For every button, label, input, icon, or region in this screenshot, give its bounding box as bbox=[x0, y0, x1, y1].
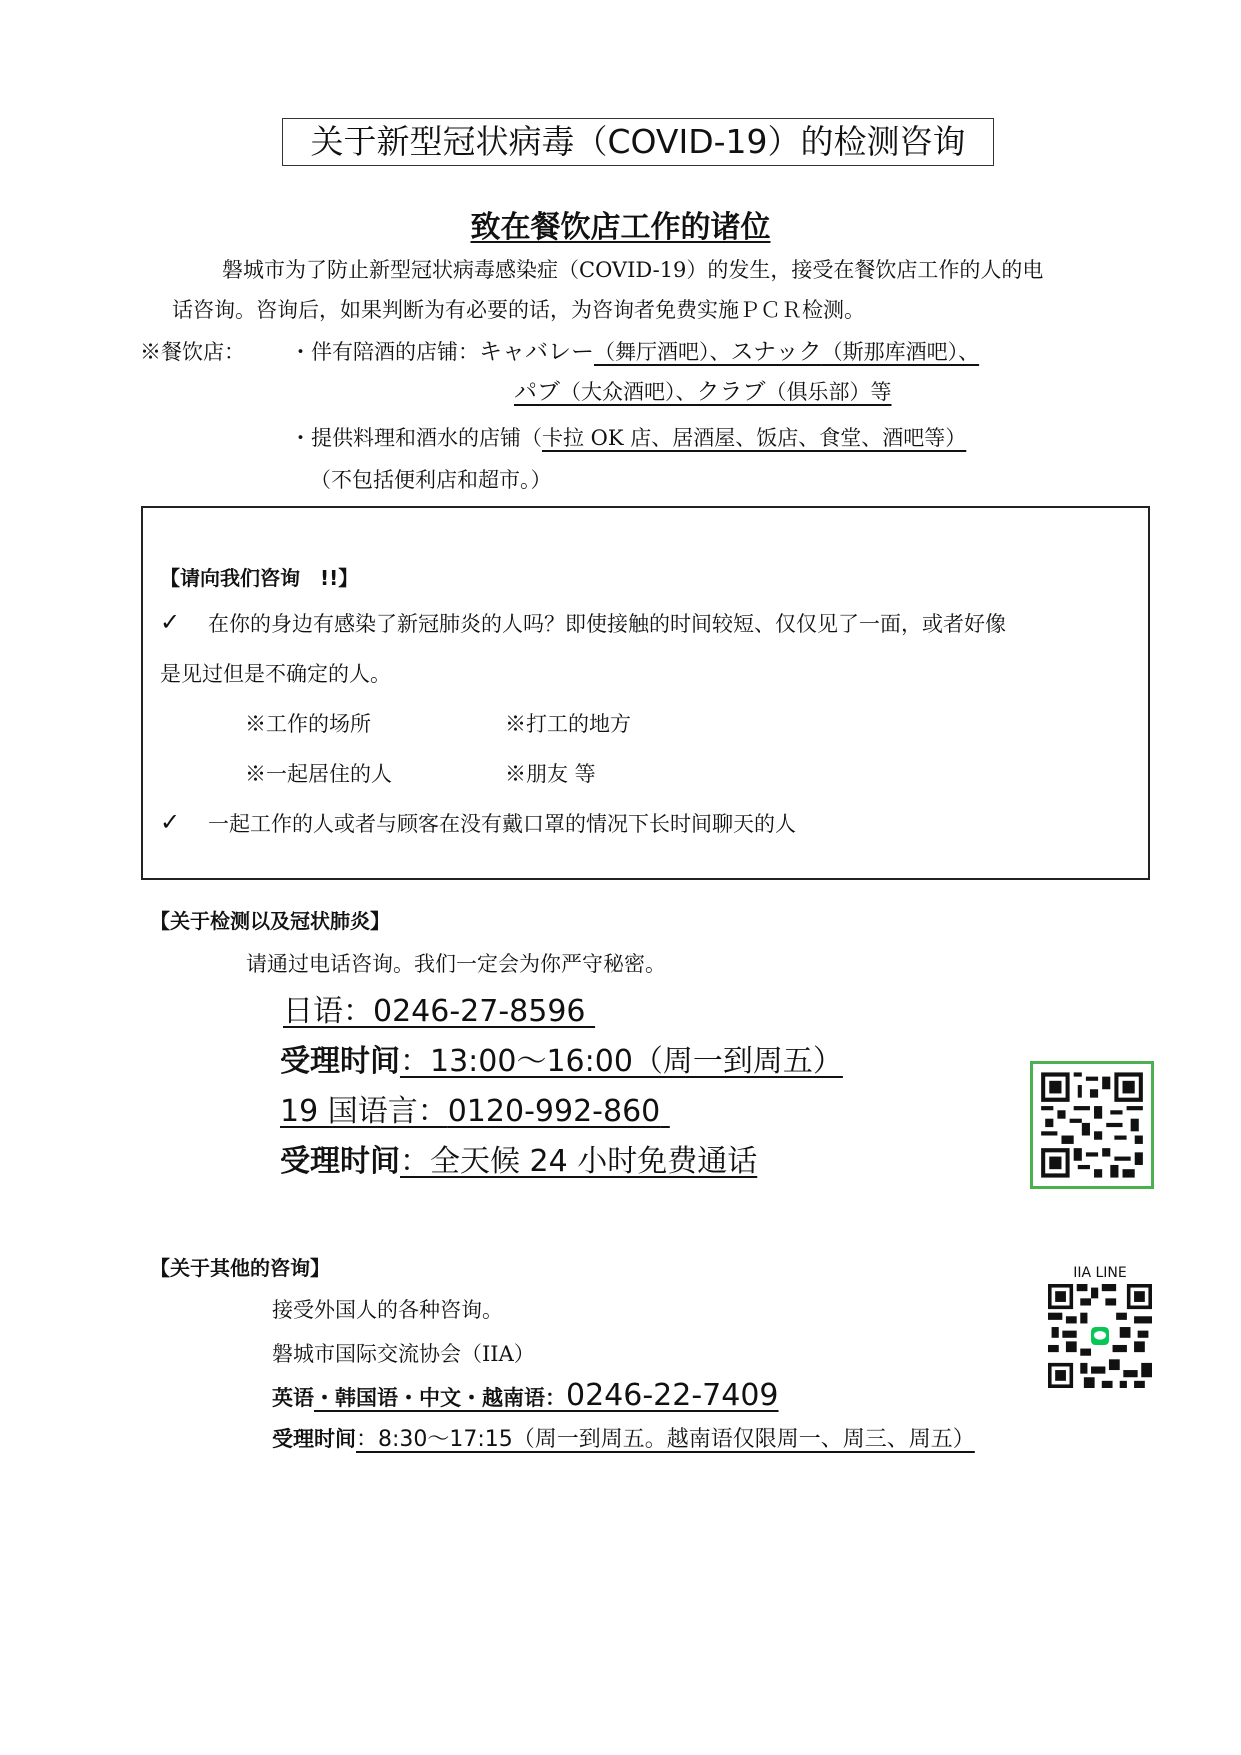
restaurant-type-1-part-3: （大众酒吧）、 bbox=[560, 380, 697, 404]
iia-lang-label-a: 英语 bbox=[272, 1386, 314, 1410]
iia-phone[interactable]: 0246-22-7409 bbox=[566, 1378, 779, 1413]
hours-2-label: 受理时间 bbox=[280, 1144, 400, 1179]
consultation-qr-code[interactable] bbox=[1030, 1061, 1154, 1189]
consult-item-1-line-2: 是见过但是不确定的人。 bbox=[160, 660, 391, 688]
consult-item-1-line-1: 在你的身边有感染了新冠肺炎的人吗？即使接触的时间较短、仅仅见了一面，或者好像 bbox=[208, 610, 1006, 638]
restaurant-type-1-prefix: ・伴有陪酒的店铺： bbox=[290, 340, 479, 364]
restaurant-type-1-part-1: （舞厅酒吧）、 bbox=[594, 340, 731, 364]
multilingual-phone-line: 19 国语言：0120-992-860 bbox=[280, 1092, 670, 1132]
other-line-1: 接受外国人的各种咨询。 bbox=[272, 1296, 503, 1324]
restaurant-type-1-line-2: パブ（大众酒吧）、クラブ（俱乐部）等 bbox=[514, 378, 892, 406]
restaurant-type-2-prefix: ・提供料理和酒水的店铺（ bbox=[290, 426, 542, 450]
iia-line-qr-code[interactable] bbox=[1048, 1284, 1152, 1388]
iia-lang-label-b: ・韩国语・中文・越南语： bbox=[314, 1386, 566, 1410]
restaurant-type-1-part-4: （俱乐部）等 bbox=[766, 380, 892, 404]
other-section-heading: 【关于其他的咨询】 bbox=[150, 1252, 330, 1281]
testing-note: 请通过电话咨询。我们一定会为你严守秘密。 bbox=[246, 950, 666, 978]
place-friends: ※朋友 等 bbox=[505, 760, 596, 788]
subtitle-text: 致在餐饮店工作的诸位 bbox=[471, 210, 771, 245]
iia-hours-label: 受理时间 bbox=[272, 1427, 356, 1451]
iia-phone-line: 英语・韩国语・中文・越南语：0246-22-7409 bbox=[272, 1378, 779, 1413]
restaurant-type-2-examples: 卡拉 OK 店、居酒屋、饭店、食堂、酒吧等） bbox=[542, 426, 966, 450]
hours-1-label: 受理时间 bbox=[280, 1044, 400, 1079]
testing-section-heading: 【关于检测以及冠状肺炎】 bbox=[150, 905, 390, 934]
iia-hours-line: 受理时间：8:30～17:15（周一到周五。越南语仅限周一、周三、周五） bbox=[272, 1422, 975, 1453]
restaurant-type-2: ・提供料理和酒水的店铺（卡拉 OK 店、居酒屋、饭店、食堂、酒吧等） bbox=[290, 424, 966, 452]
intro-line-1: 磐城市为了防止新型冠状病毒感染症（COVID-19）的发生，接受在餐饮店工作的人… bbox=[222, 256, 1043, 284]
hours-line-2: 受理时间：全天候 24 小时免费通话 bbox=[280, 1142, 757, 1182]
japanese-label: 日语： bbox=[283, 994, 373, 1029]
kana-club: クラブ bbox=[697, 379, 766, 405]
qr-code-icon bbox=[1033, 1064, 1151, 1186]
multilingual-phone[interactable]: 0120-992-860 bbox=[448, 1094, 661, 1129]
qr-code-icon bbox=[1048, 1284, 1152, 1388]
check-icon: ✓ bbox=[160, 808, 180, 836]
document-title: 关于新型冠状病毒（COVID-19）的检测咨询 bbox=[282, 118, 994, 166]
restaurant-exclusion-note: （不包括便利店和超市。） bbox=[310, 466, 552, 494]
multilingual-label: 19 国语言： bbox=[280, 1094, 448, 1129]
other-line-2: 磐城市国际交流协会（IIA） bbox=[272, 1340, 535, 1368]
iia-hours-value: ：8:30～17:15（周一到周五。越南语仅限周一、周三、周五） bbox=[356, 1427, 975, 1452]
kana-pub: パブ bbox=[514, 379, 560, 405]
kana-cabaret: キャバレー bbox=[479, 339, 594, 365]
hours-2-value: ：全天候 24 小时免费通话 bbox=[400, 1144, 757, 1179]
consult-item-2: 一起工作的人或者与顾客在没有戴口罩的情况下长时间聊天的人 bbox=[208, 810, 796, 838]
japanese-phone-line: 日语：0246-27-8596 bbox=[283, 992, 595, 1032]
document-subtitle: 致在餐饮店工作的诸位 bbox=[0, 208, 1241, 248]
iia-line-qr-label: IIA LINE bbox=[1048, 1265, 1152, 1281]
place-parttime-job: ※打工的地方 bbox=[505, 710, 631, 738]
consult-box-heading: 【请向我们咨询 !!】 bbox=[160, 562, 358, 591]
intro-line-2: 话咨询。咨询后，如果判断为有必要的话，为咨询者免费实施ＰＣＲ检测。 bbox=[172, 296, 865, 324]
restaurant-type-1-part-2: （斯那库酒吧）、 bbox=[822, 340, 980, 364]
place-workplace: ※工作的场所 bbox=[245, 710, 371, 738]
restaurants-label: ※餐饮店： bbox=[140, 338, 245, 366]
kana-snack: スナック bbox=[731, 339, 822, 365]
restaurant-type-1-line-1: ・伴有陪酒的店铺：キャバレー（舞厅酒吧）、スナック（斯那库酒吧）、 bbox=[290, 338, 979, 366]
hours-line-1: 受理时间：13:00～16:00（周一到周五） bbox=[280, 1042, 843, 1082]
check-icon: ✓ bbox=[160, 608, 180, 636]
place-housemates: ※一起居住的人 bbox=[245, 760, 392, 788]
hours-1-value: ：13:00～16:00（周一到周五） bbox=[400, 1044, 843, 1079]
japanese-phone[interactable]: 0246-27-8596 bbox=[373, 994, 586, 1029]
